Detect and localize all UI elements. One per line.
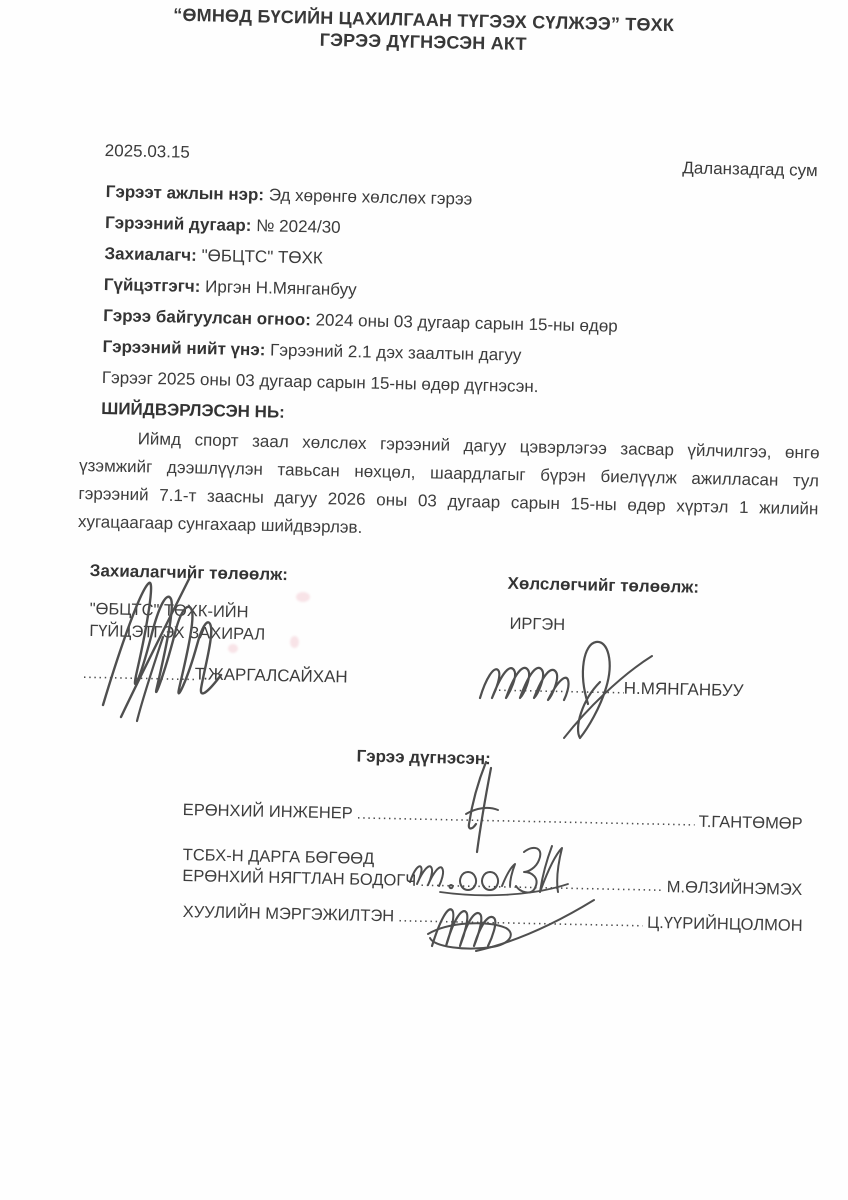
contract-act-document: “ӨМНӨД БҮСИЙН ЦАХИЛГААН ТҮГЭЭХ СҮЛЖЭЭ” Т… <box>0 0 848 1200</box>
field-work-name-label: Гэрээт ажлын нэр: <box>106 182 265 204</box>
field-contractor-label: Гүйцэтгэгч: <box>104 275 201 296</box>
accountant-role-line2: ЕРӨНХИЙ НЯГТЛАН БОДОГЧ <box>182 866 416 892</box>
citizen-signature <box>476 638 656 743</box>
decision-paragraph: Иймд спорт заал хөлслөх гэрээний дагуу ц… <box>78 424 820 551</box>
accountant-role: ТСБХ-Н ДАРГА БӨГӨӨД ЕРӨНХИЙ НЯГТЛАН БОДО… <box>182 845 417 892</box>
field-contract-number-value: № 2024/30 <box>256 216 341 237</box>
field-client-label: Захиалагч: <box>104 244 197 265</box>
stamp-remnant-mark <box>296 592 310 602</box>
engineer-dotted-line: ........................................… <box>357 806 695 830</box>
field-work-name-value: Эд хөрөнгө хөлслөх гэрээ <box>269 185 473 208</box>
document-location: Даланзадгад сум <box>0 144 818 181</box>
field-contractor-value: Иргэн Н.Мянганбуу <box>205 277 357 299</box>
field-total-price-label: Гэрээний нийт үнэ: <box>102 337 265 359</box>
conclusion-heading: Гэрээ дүгнэсэн: <box>0 739 848 777</box>
field-contract-date-label: Гэрээ байгуулсан огноо: <box>103 306 311 329</box>
engineer-role: ЕРӨНХИЙ ИНЖЕНЕР <box>183 800 353 825</box>
accountant-name: М.ӨЛЗИЙНЭМЭХ <box>667 878 803 900</box>
lessee-representative-heading: Хөлслөгчийг төлөөлж: <box>507 574 699 598</box>
conclusion-row-accountant: ТСБХ-Н ДАРГА БӨГӨӨД ЕРӨНХИЙ НЯГТЛАН БОДО… <box>182 845 803 900</box>
engineer-name: Т.ГАНТӨМӨР <box>698 813 802 834</box>
legal-role: ХУУЛИЙН МЭРГЭЖИЛТЭН <box>183 902 395 927</box>
contract-fields: Гэрээт ажлын нэр: Эд хөрөнгө хөлслөх гэр… <box>101 182 806 445</box>
accountant-dotted-line: ........................................… <box>420 873 663 895</box>
legal-name: Ц.ҮҮРИЙНЦОЛМОН <box>647 914 803 936</box>
document-title: “ӨМНӨД БҮСИЙН ЦАХИЛГААН ТҮГЭЭХ СҮЛЖЭЭ” Т… <box>0 0 848 62</box>
lessee-role-line1: ИРГЭН <box>509 613 565 636</box>
field-contract-number-label: Гэрээний дугаар: <box>105 213 252 235</box>
field-client-value: "ӨБЦТС" ТӨХК <box>201 246 323 268</box>
executive-director-signature <box>93 575 283 723</box>
field-total-price-value: Гэрээний 2.1 дэх заалтын дагуу <box>270 340 522 364</box>
legal-dotted-line: ........................................… <box>398 909 643 931</box>
stamp-remnant-mark <box>290 636 299 648</box>
